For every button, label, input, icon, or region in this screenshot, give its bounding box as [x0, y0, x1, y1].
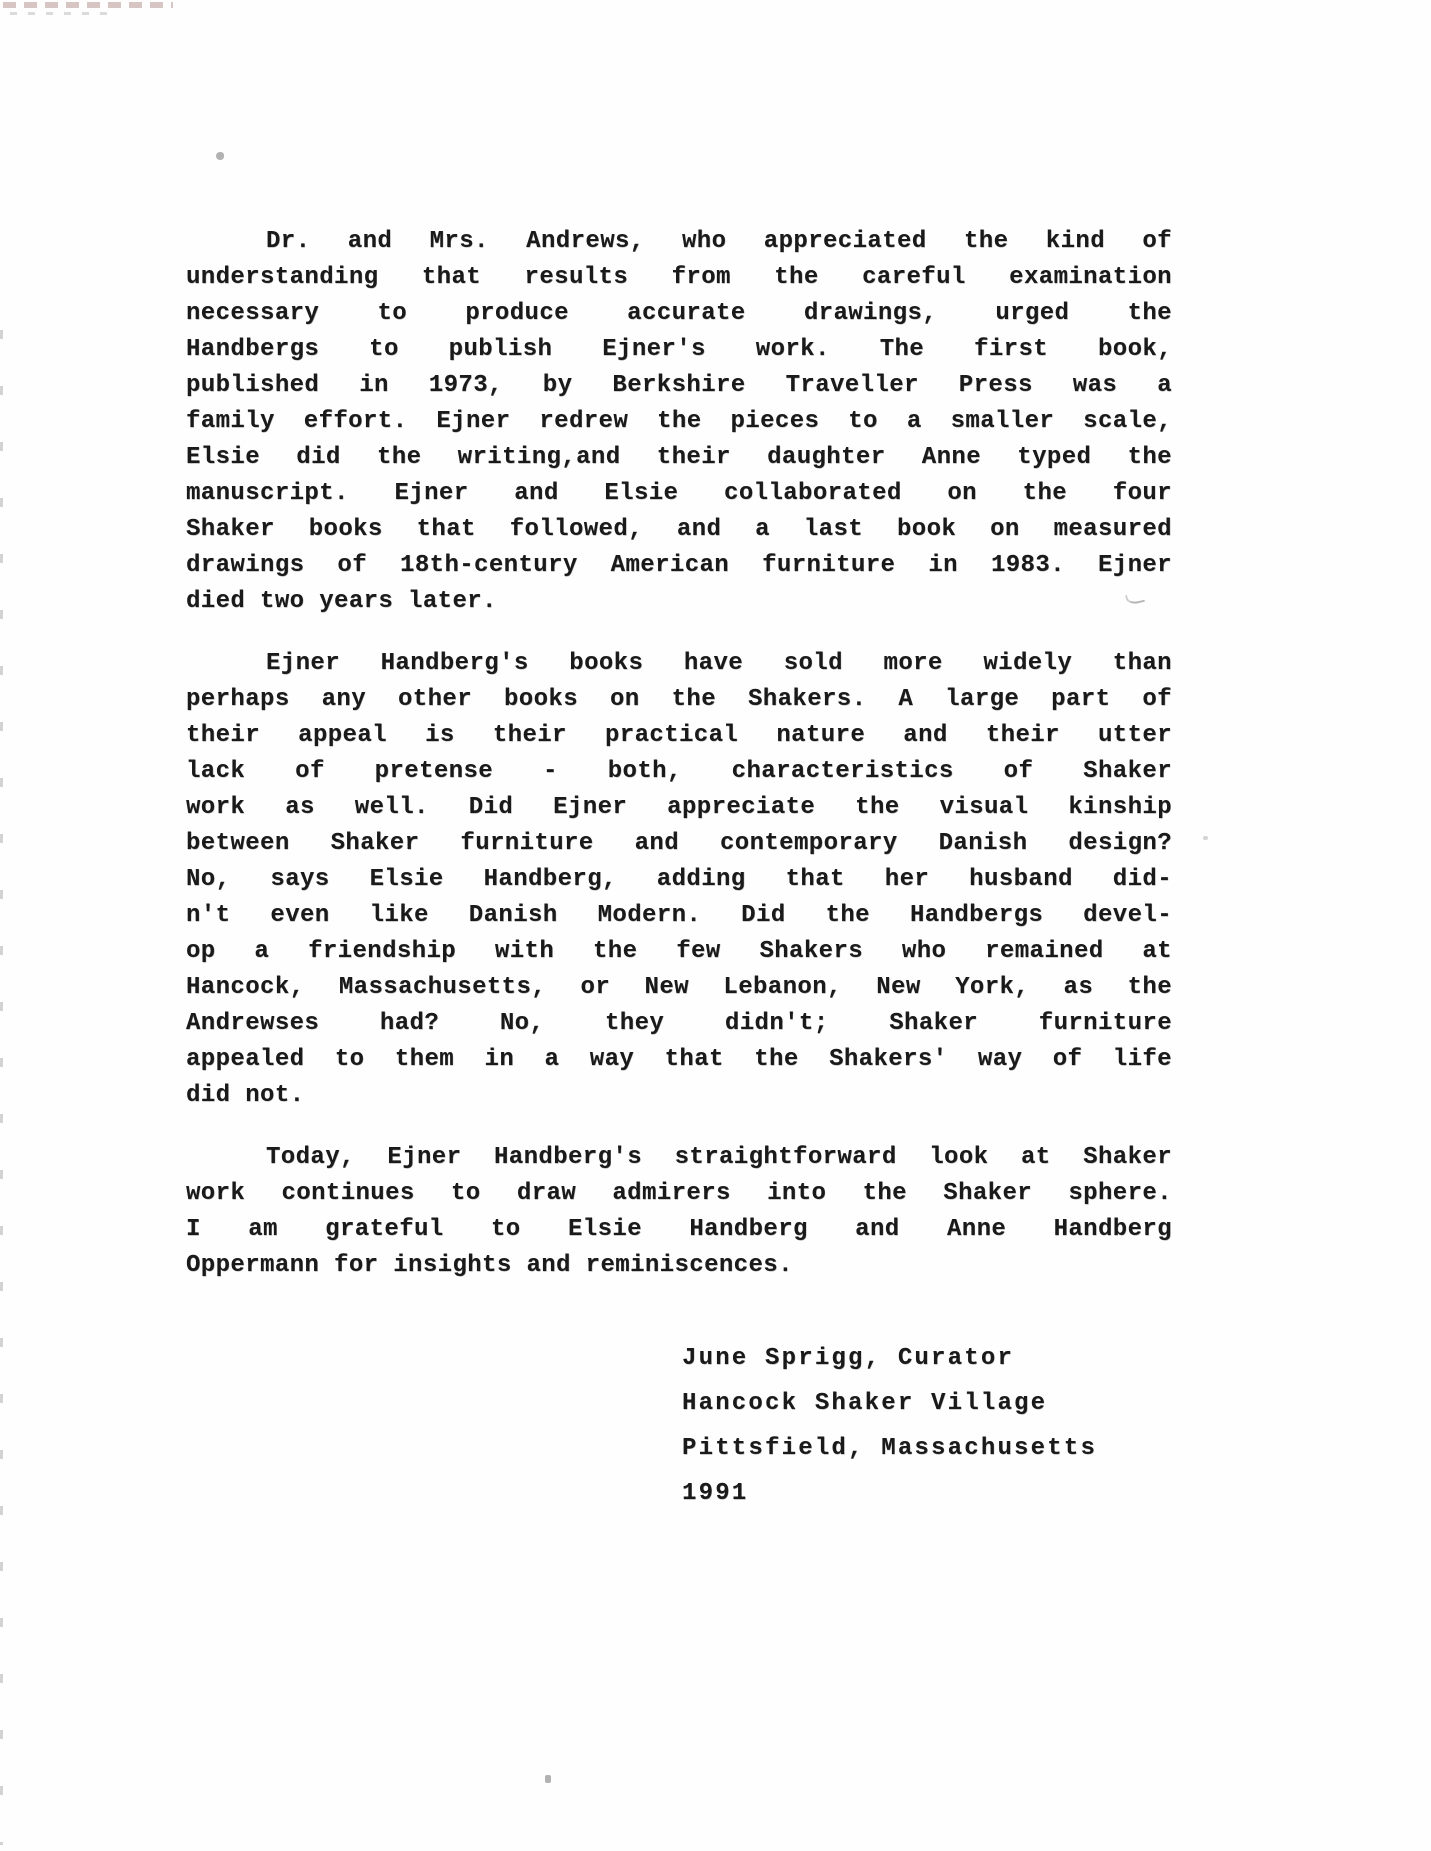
text-line: No, says Elsie Handberg, adding that her… [186, 862, 1172, 898]
text-line: Oppermann for insights and reminiscences… [186, 1248, 1172, 1284]
signature-block: June Sprigg, CuratorHancock Shaker Villa… [682, 1336, 1172, 1516]
text-line: op a friendship with the few Shakers who… [186, 934, 1172, 970]
text-line: work continues to draw admirers into the… [186, 1176, 1172, 1212]
scanned-document-page: Dr. and Mrs. Andrews, who appreciated th… [0, 0, 1431, 1851]
preface-text: Dr. and Mrs. Andrews, who appreciated th… [186, 224, 1172, 1516]
text-line: Today, Ejner Handberg's straightforward … [186, 1140, 1172, 1176]
text-line: family effort. Ejner redrew the pieces t… [186, 404, 1172, 440]
text-line: perhaps any other books on the Shakers. … [186, 682, 1172, 718]
signature-line: 1991 [682, 1471, 1172, 1516]
text-line: died two years later. [186, 584, 1172, 620]
text-line: Dr. and Mrs. Andrews, who appreciated th… [186, 224, 1172, 260]
paragraph: Today, Ejner Handberg's straightforward … [186, 1140, 1172, 1284]
text-line: lack of pretense - both, characteristics… [186, 754, 1172, 790]
text-line: Shaker books that followed, and a last b… [186, 512, 1172, 548]
text-line: n't even like Danish Modern. Did the Han… [186, 898, 1172, 934]
text-line: published in 1973, by Berkshire Travelle… [186, 368, 1172, 404]
signature-line: Hancock Shaker Village [682, 1381, 1172, 1426]
text-line: Handbergs to publish Ejner's work. The f… [186, 332, 1172, 368]
stray-speck [216, 152, 224, 160]
signature-line: Pittsfield, Massachusetts [682, 1426, 1172, 1471]
text-line: work as well. Did Ejner appreciate the v… [186, 790, 1172, 826]
text-line: Ejner Handberg's books have sold more wi… [186, 646, 1172, 682]
text-line: understanding that results from the care… [186, 260, 1172, 296]
faint-speck [1203, 836, 1208, 840]
scan-artifact-top-dashes-2 [10, 12, 110, 15]
text-line: I am grateful to Elsie Handberg and Anne… [186, 1212, 1172, 1248]
text-line: Andrewses had? No, they didn't; Shaker f… [186, 1006, 1172, 1042]
paragraph: Dr. and Mrs. Andrews, who appreciated th… [186, 224, 1172, 620]
text-line: did not. [186, 1078, 1172, 1114]
paragraph: Ejner Handberg's books have sold more wi… [186, 646, 1172, 1114]
text-line: their appeal is their practical nature a… [186, 718, 1172, 754]
stray-dot [545, 1775, 551, 1783]
text-line: Hancock, Massachusetts, or New Lebanon, … [186, 970, 1172, 1006]
text-line: manuscript. Ejner and Elsie collaborated… [186, 476, 1172, 512]
text-line: Elsie did the writing,and their daughter… [186, 440, 1172, 476]
signature-line: June Sprigg, Curator [682, 1336, 1172, 1381]
scan-artifact-top-dashes [3, 2, 173, 8]
scan-artifact-left-edge-dashes [0, 330, 3, 1845]
text-line: appealed to them in a way that the Shake… [186, 1042, 1172, 1078]
text-line: between Shaker furniture and contemporar… [186, 826, 1172, 862]
text-line: necessary to produce accurate drawings, … [186, 296, 1172, 332]
text-line: drawings of 18th-century American furnit… [186, 548, 1172, 584]
